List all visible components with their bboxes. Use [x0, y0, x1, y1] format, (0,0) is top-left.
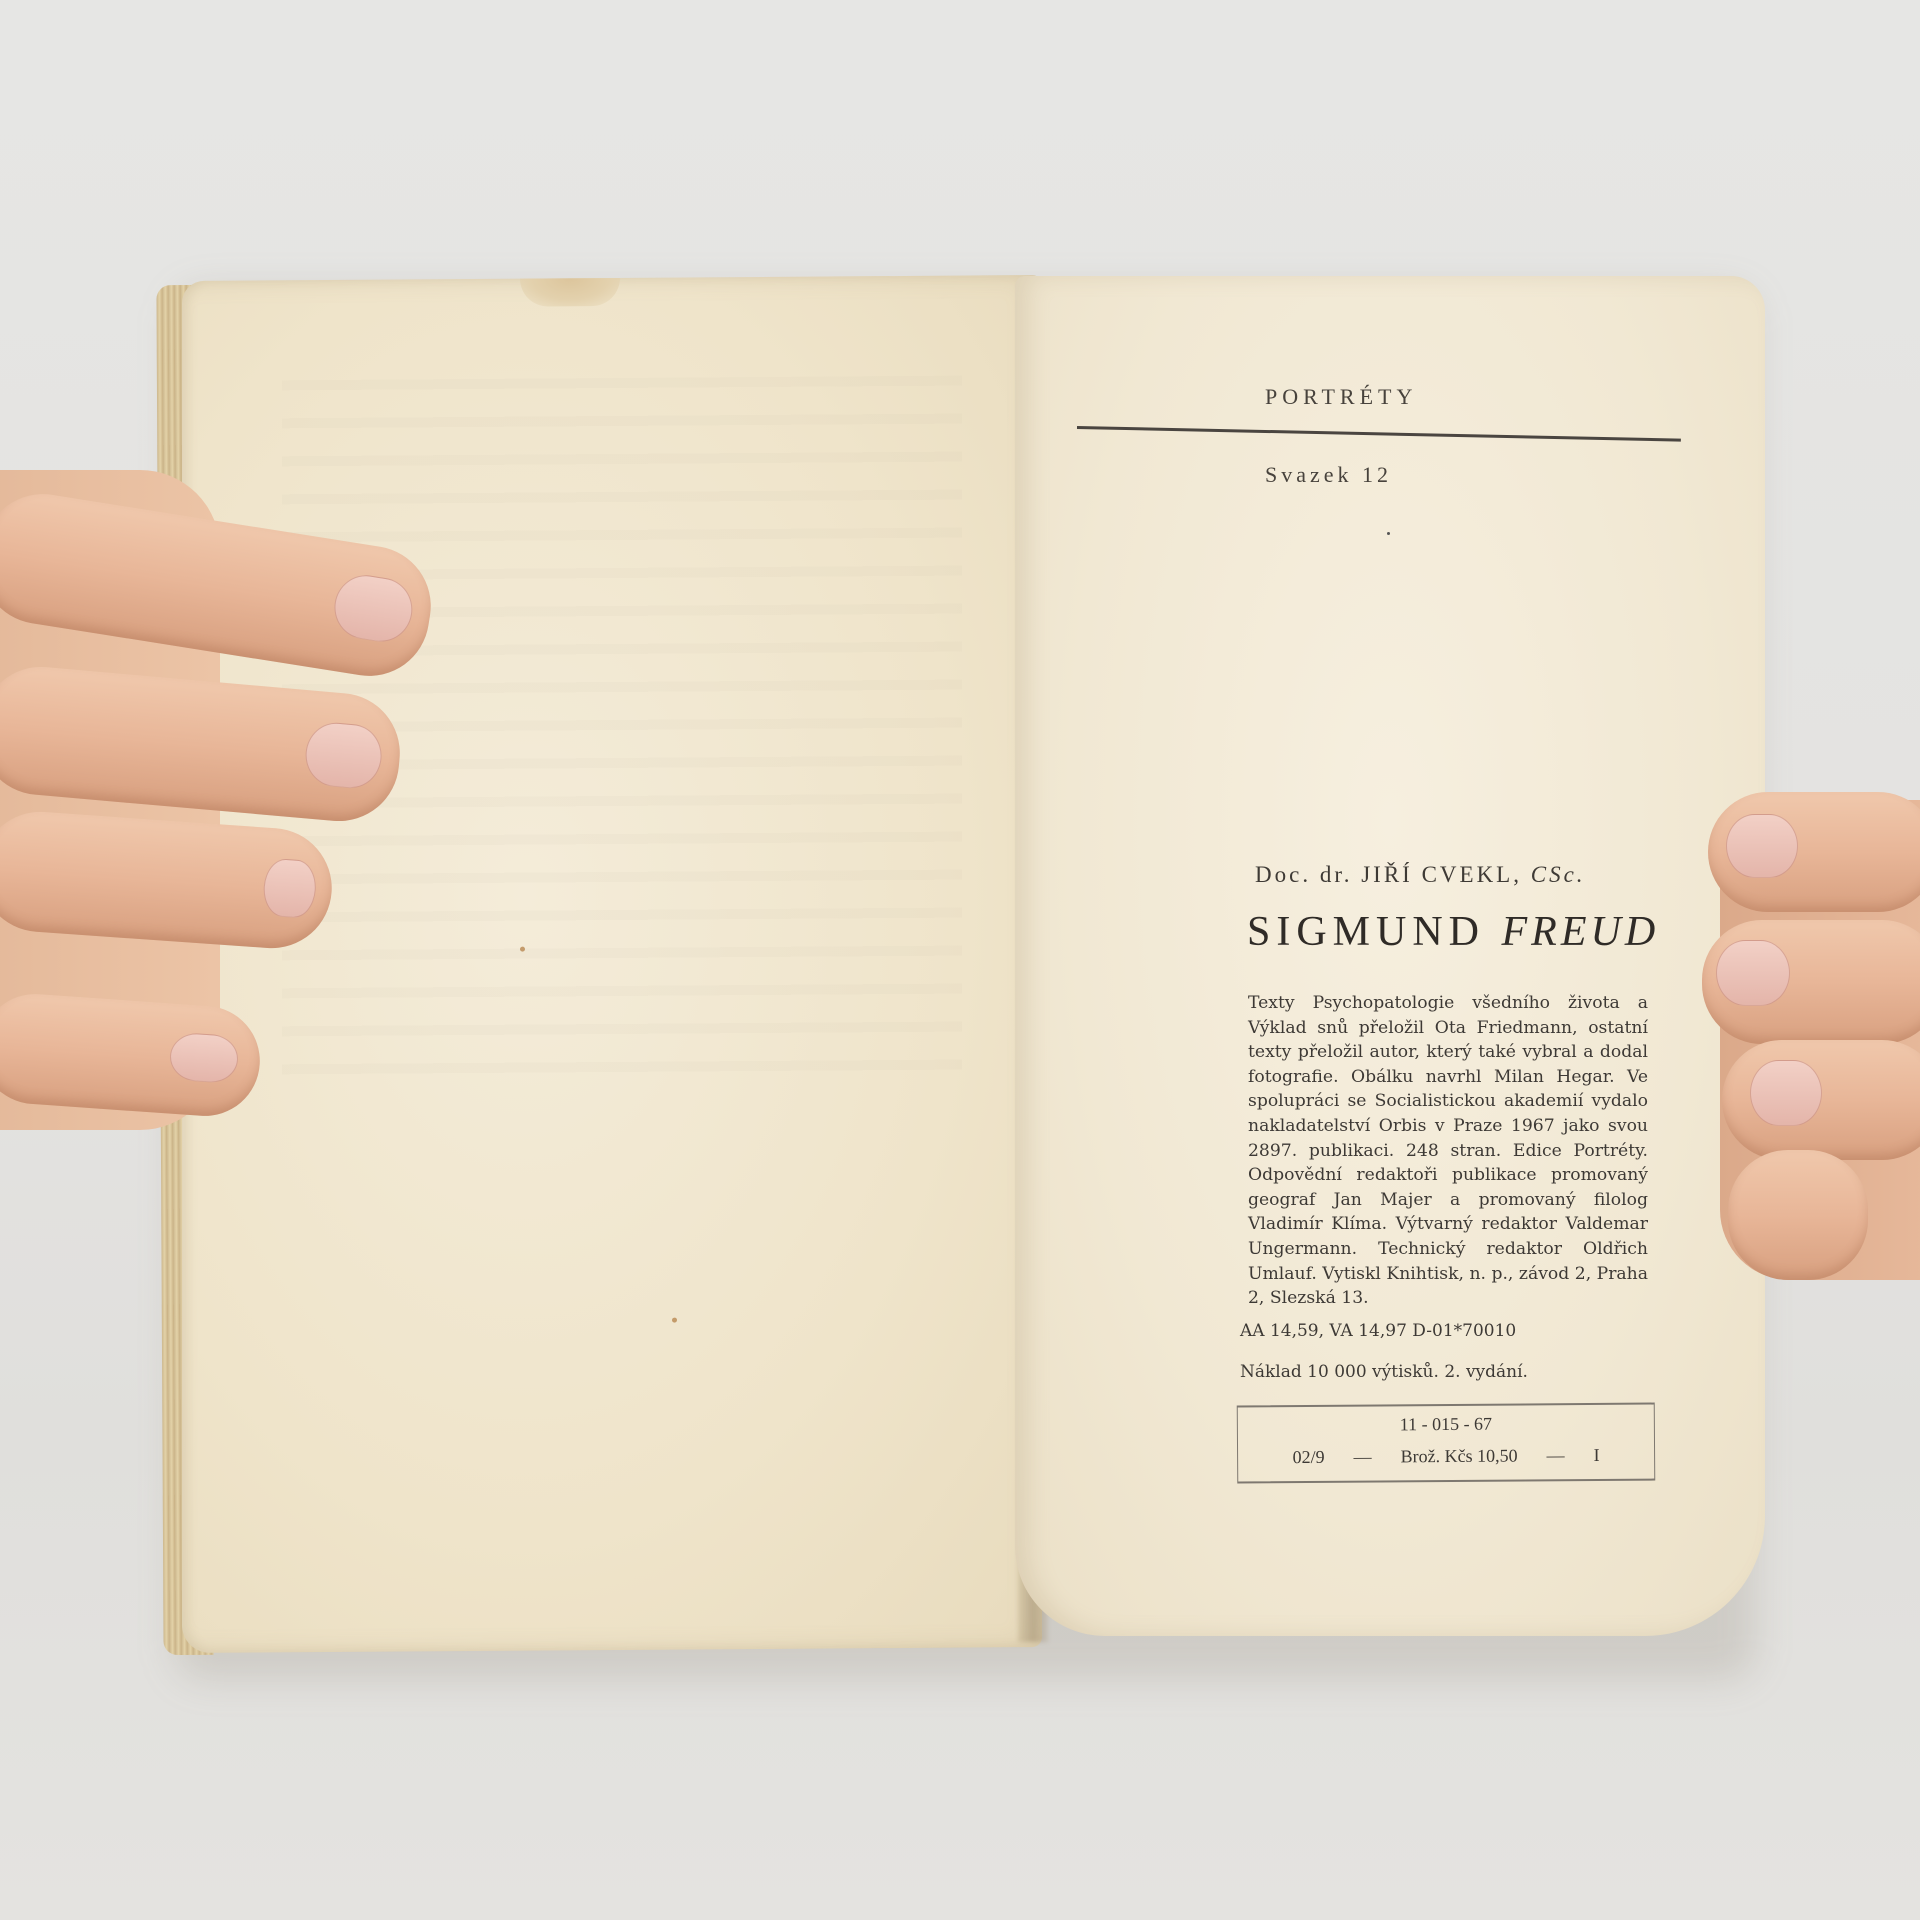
author-line: Doc. dr. JIŘÍ CVEKL, CSc.	[1255, 862, 1586, 888]
right-index-finger	[1708, 792, 1920, 912]
paper-speck	[672, 1318, 677, 1323]
title-last: FREUD	[1502, 909, 1660, 955]
price-category: I	[1594, 1445, 1600, 1466]
fingernail	[303, 720, 384, 790]
author-degree: CSc.	[1531, 862, 1586, 887]
author-name: Doc. dr. JIŘÍ CVEKL,	[1255, 862, 1522, 887]
left-page	[182, 275, 1042, 1653]
fingernail	[1750, 1060, 1822, 1126]
fingernail	[1726, 814, 1798, 878]
fingernail	[168, 1032, 239, 1085]
page-stain	[520, 278, 620, 307]
left-little-finger	[0, 990, 263, 1119]
left-ring-finger	[0, 808, 336, 952]
price-dash: —	[1547, 1445, 1565, 1466]
catalog-number: 11 - 015 - 67	[1238, 1413, 1654, 1437]
print-run: Náklad 10 000 výtisků. 2. vydání.	[1240, 1362, 1528, 1382]
title-first: SIGMUND	[1247, 909, 1485, 955]
right-ring-finger	[1722, 1040, 1920, 1160]
price-value: Brož. Kčs 10,50	[1401, 1446, 1518, 1468]
fingernail	[262, 858, 318, 919]
volume-number: Svazek 12	[1265, 462, 1392, 488]
ink-dot	[1387, 532, 1390, 535]
fingernail	[1716, 940, 1790, 1006]
fingernail	[330, 571, 417, 646]
price-row: 02/9 — Brož. Kčs 10,50 — I	[1238, 1445, 1654, 1469]
paper-speck	[520, 947, 525, 952]
price-group: 02/9	[1293, 1447, 1325, 1468]
colophon-text: Texty Psychopatologie všedního života a …	[1248, 991, 1648, 1311]
price-box: 11 - 015 - 67 02/9 — Brož. Kčs 10,50 — I	[1237, 1403, 1656, 1484]
right-page: PORTRÉTY Svazek 12 Doc. dr. JIŘÍ CVEKL, …	[1015, 276, 1765, 1636]
print-codes: AA 14,59, VA 14,97 D-01*70010	[1240, 1321, 1516, 1341]
book-title: SIGMUND FREUD	[1247, 908, 1659, 956]
right-little-finger	[1728, 1150, 1868, 1280]
photo-scene: PORTRÉTY Svazek 12 Doc. dr. JIŘÍ CVEKL, …	[0, 0, 1920, 1920]
right-middle-finger	[1702, 920, 1920, 1044]
price-dash: —	[1354, 1447, 1372, 1468]
series-name: PORTRÉTY	[1265, 384, 1417, 410]
header-rule	[1077, 426, 1681, 442]
